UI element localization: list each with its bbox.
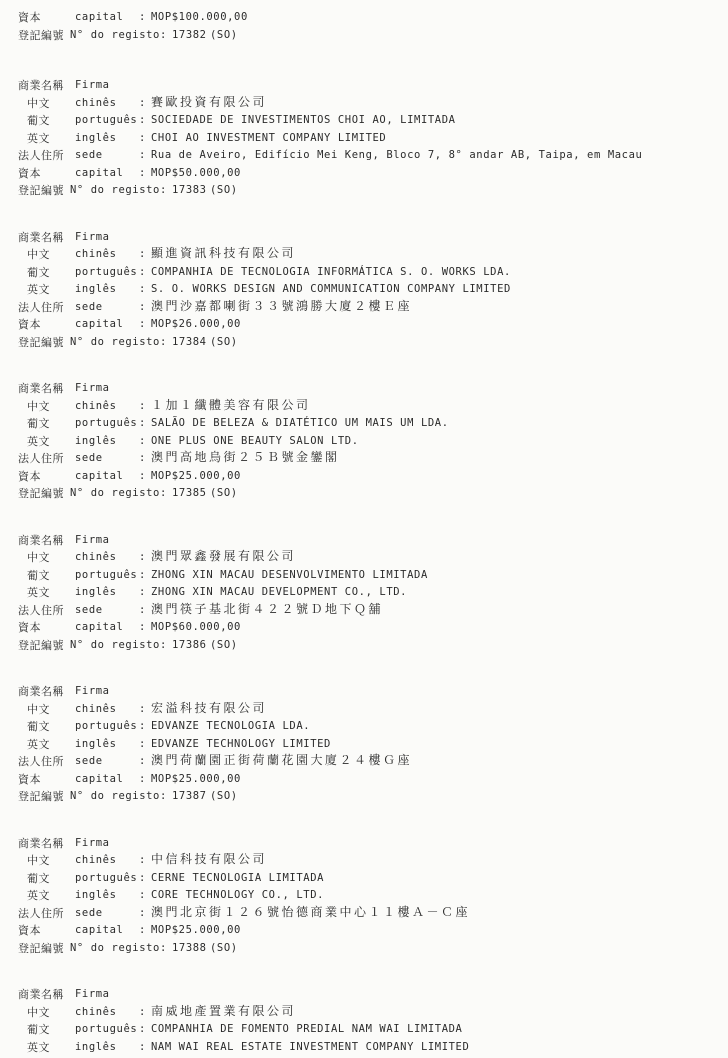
field-label-zh: 商業名稱: [18, 230, 64, 245]
colon-separator: :: [139, 737, 146, 752]
field-label-pt: Firma: [75, 533, 110, 548]
field-label-pt: N° do registo:: [70, 335, 167, 350]
field-label-pt: chinês: [75, 853, 117, 868]
row-firma: 商業名稱 Firma: [0, 835, 728, 853]
colon-separator: :: [139, 300, 146, 315]
field-label-zh: 法人住所: [18, 906, 64, 921]
row-capital: 資本 capital : MOP$60.000,00: [0, 619, 728, 637]
company-name-english: ONE PLUS ONE BEAUTY SALON LTD.: [151, 434, 359, 449]
field-label-pt: português: [75, 1022, 137, 1037]
field-label-pt: Firma: [75, 684, 110, 699]
registered-address: 澳門北京街１２６號怡德商業中心１１樓Ａ－Ｃ座: [151, 905, 470, 920]
field-label-zh: 葡文: [27, 568, 50, 583]
field-label-pt: inglês: [75, 131, 117, 146]
field-label-pt: sede: [75, 300, 103, 315]
field-label-zh: 英文: [27, 585, 50, 600]
field-label-pt: capital: [75, 923, 123, 938]
company-name-chinese: 中信科技有限公司: [151, 852, 267, 867]
field-label-pt: inglês: [75, 585, 117, 600]
row-registo: 登記編號 N° do registo: 17383 (SO): [0, 182, 728, 200]
field-label-zh: 法人住所: [18, 603, 64, 618]
field-label-pt: chinês: [75, 1005, 117, 1020]
field-label-zh: 商業名稱: [18, 836, 64, 851]
field-label-zh: 葡文: [27, 871, 50, 886]
registration-number: 17382: [172, 28, 207, 43]
row-portuguese: 葡文 português : CERNE TECNOLOGIA LIMITADA: [0, 870, 728, 888]
field-label-pt: português: [75, 568, 137, 583]
registered-address: 澳門荷蘭園正街荷蘭花園大廈２４樓Ｇ座: [151, 753, 412, 768]
registration-suffix: (SO): [210, 941, 238, 956]
field-label-zh: 英文: [27, 888, 50, 903]
colon-separator: :: [139, 113, 146, 128]
colon-separator: :: [139, 568, 146, 583]
row-chinese: 中文 chinês : 中信科技有限公司: [0, 852, 728, 870]
field-label-pt: sede: [75, 451, 103, 466]
field-label-pt: inglês: [75, 1040, 117, 1055]
row-firma: 商業名稱 Firma: [0, 229, 728, 247]
colon-separator: :: [139, 399, 146, 414]
colon-separator: :: [139, 853, 146, 868]
field-label-zh: 登記編號: [18, 335, 64, 350]
capital-amount: MOP$25.000,00: [151, 923, 241, 938]
company-name-portuguese: COMPANHIA DE TECNOLOGIA INFORMÁTICA S. O…: [151, 265, 511, 280]
colon-separator: :: [139, 1022, 146, 1037]
registered-address: 澳門沙嘉都喇街３３號鴻勝大廈２樓Ｅ座: [151, 299, 412, 314]
row-portuguese: 葡文 português : COMPANHIA DE TECNOLOGIA I…: [0, 264, 728, 282]
company-name-portuguese: EDVANZE TECNOLOGIA LDA.: [151, 719, 310, 734]
field-label-pt: chinês: [75, 550, 117, 565]
field-label-pt: Firma: [75, 987, 110, 1002]
company-name-chinese: 賽歐投資有限公司: [151, 95, 267, 110]
field-label-pt: N° do registo:: [70, 638, 167, 653]
field-label-pt: português: [75, 871, 137, 886]
field-label-zh: 英文: [27, 434, 50, 449]
company-name-portuguese: SALÃO DE BELEZA & DIATÉTICO UM MAIS UM L…: [151, 416, 449, 431]
colon-separator: :: [139, 148, 146, 163]
row-sede: 法人住所 sede : Rua de Aveiro, Edifício Mei …: [0, 147, 728, 165]
company-name-chinese: 澳門眾鑫發展有限公司: [151, 549, 296, 564]
company-entry: 商業名稱 Firma 中文 chinês : 南威地產置業有限公司 葡文 por…: [0, 986, 728, 1056]
registration-suffix: (SO): [210, 789, 238, 804]
field-label-zh: 中文: [27, 96, 50, 111]
field-label-zh: 英文: [27, 131, 50, 146]
field-label-zh: 商業名稱: [18, 78, 64, 93]
colon-separator: :: [139, 772, 146, 787]
capital-amount: MOP$60.000,00: [151, 620, 241, 635]
field-label-zh: 葡文: [27, 416, 50, 431]
field-label-pt: capital: [75, 772, 123, 787]
field-label-zh: 法人住所: [18, 451, 64, 466]
row-registo: 登記編號 N° do registo: 17382 (SO): [0, 27, 728, 45]
field-label-zh: 商業名稱: [18, 533, 64, 548]
field-label-zh: 英文: [27, 737, 50, 752]
field-label-zh: 法人住所: [18, 300, 64, 315]
colon-separator: :: [139, 620, 146, 635]
registration-number: 17387: [172, 789, 207, 804]
company-entry: 商業名稱 Firma 中文 chinês : 宏溢科技有限公司 葡文 portu…: [0, 683, 728, 806]
registration-number: 17388: [172, 941, 207, 956]
field-label-zh: 登記編號: [18, 789, 64, 804]
colon-separator: :: [139, 550, 146, 565]
field-label-zh: 葡文: [27, 719, 50, 734]
field-label-pt: capital: [75, 166, 123, 181]
row-firma: 商業名稱 Firma: [0, 683, 728, 701]
field-label-pt: Firma: [75, 230, 110, 245]
registration-number: 17385: [172, 486, 207, 501]
row-english: 英文 inglês : CORE TECHNOLOGY CO., LTD.: [0, 887, 728, 905]
company-entry: 商業名稱 Firma 中文 chinês : １加１纖體美容有限公司 葡文 po…: [0, 380, 728, 503]
row-capital: 資本 capital : MOP$25.000,00: [0, 468, 728, 486]
field-label-pt: inglês: [75, 888, 117, 903]
registration-number: 17386: [172, 638, 207, 653]
colon-separator: :: [139, 469, 146, 484]
field-label-zh: 登記編號: [18, 638, 64, 653]
row-firma: 商業名稱 Firma: [0, 986, 728, 1004]
field-label-pt: sede: [75, 906, 103, 921]
company-name-english: NAM WAI REAL ESTATE INVESTMENT COMPANY L…: [151, 1040, 469, 1055]
row-capital: 資本 capital : MOP$25.000,00: [0, 771, 728, 789]
company-name-chinese: 顯進資訊科技有限公司: [151, 246, 296, 261]
company-name-chinese: 宏溢科技有限公司: [151, 701, 267, 716]
registered-address: 澳門高地烏街２５Ｂ號金鑾閣: [151, 450, 340, 465]
row-english: 英文 inglês : ONE PLUS ONE BEAUTY SALON LT…: [0, 433, 728, 451]
row-firma: 商業名稱 Firma: [0, 380, 728, 398]
field-label-zh: 葡文: [27, 113, 50, 128]
colon-separator: :: [139, 416, 146, 431]
field-label-zh: 中文: [27, 1005, 50, 1020]
row-sede: 法人住所 sede : 澳門荷蘭園正街荷蘭花園大廈２４樓Ｇ座: [0, 753, 728, 771]
capital-amount: MOP$25.000,00: [151, 772, 241, 787]
colon-separator: :: [139, 10, 146, 25]
company-name-portuguese: COMPANHIA DE FOMENTO PREDIAL NAM WAI LIM…: [151, 1022, 462, 1037]
field-label-pt: N° do registo:: [70, 486, 167, 501]
colon-separator: :: [139, 585, 146, 600]
colon-separator: :: [139, 131, 146, 146]
field-label-zh: 法人住所: [18, 148, 64, 163]
colon-separator: :: [139, 451, 146, 466]
row-capital: 資本 capital : MOP$50.000,00: [0, 165, 728, 183]
colon-separator: :: [139, 888, 146, 903]
row-capital: 資本 capital : MOP$26.000,00: [0, 316, 728, 334]
field-label-pt: N° do registo:: [70, 183, 167, 198]
capital-amount: MOP$25.000,00: [151, 469, 241, 484]
field-label-pt: Firma: [75, 836, 110, 851]
row-chinese: 中文 chinês : １加１纖體美容有限公司: [0, 398, 728, 416]
field-label-zh: 登記編號: [18, 941, 64, 956]
registration-number: 17384: [172, 335, 207, 350]
field-label-pt: português: [75, 416, 137, 431]
field-label-pt: inglês: [75, 737, 117, 752]
field-label-zh: 商業名稱: [18, 987, 64, 1002]
company-name-portuguese: SOCIEDADE DE INVESTIMENTOS CHOI AO, LIMI…: [151, 113, 456, 128]
field-label-zh: 資本: [18, 469, 41, 484]
gazette-page: 資本 capital : MOP$100.000,00 登記編號 N° do r…: [0, 0, 728, 1058]
field-label-pt: N° do registo:: [70, 941, 167, 956]
field-label-pt: capital: [75, 620, 123, 635]
colon-separator: :: [139, 719, 146, 734]
field-label-pt: português: [75, 719, 137, 734]
row-english: 英文 inglês : EDVANZE TECHNOLOGY LIMITED: [0, 736, 728, 754]
field-label-pt: chinês: [75, 247, 117, 262]
field-label-pt: N° do registo:: [70, 28, 167, 43]
field-label-zh: 葡文: [27, 265, 50, 280]
field-label-pt: chinês: [75, 399, 117, 414]
field-label-zh: 資本: [18, 10, 41, 25]
row-registo: 登記編號 N° do registo: 17387 (SO): [0, 788, 728, 806]
field-label-zh: 葡文: [27, 1022, 50, 1037]
colon-separator: :: [139, 317, 146, 332]
field-label-zh: 中文: [27, 853, 50, 868]
field-label-zh: 登記編號: [18, 28, 64, 43]
row-portuguese: 葡文 português : ZHONG XIN MACAU DESENVOLV…: [0, 567, 728, 585]
colon-separator: :: [139, 1040, 146, 1055]
row-chinese: 中文 chinês : 宏溢科技有限公司: [0, 701, 728, 719]
field-label-zh: 商業名稱: [18, 381, 64, 396]
row-english: 英文 inglês : ZHONG XIN MACAU DEVELOPMENT …: [0, 584, 728, 602]
registration-number: 17383: [172, 183, 207, 198]
company-entry: 資本 capital : MOP$100.000,00 登記編號 N° do r…: [0, 9, 728, 44]
field-label-pt: português: [75, 113, 137, 128]
company-name-portuguese: CERNE TECNOLOGIA LIMITADA: [151, 871, 324, 886]
row-sede: 法人住所 sede : 澳門北京街１２６號怡德商業中心１１樓Ａ－Ｃ座: [0, 905, 728, 923]
field-label-zh: 登記編號: [18, 183, 64, 198]
registered-address: Rua de Aveiro, Edifício Mei Keng, Bloco …: [151, 148, 642, 163]
colon-separator: :: [139, 166, 146, 181]
field-label-zh: 資本: [18, 166, 41, 181]
company-name-chinese: 南威地產置業有限公司: [151, 1004, 296, 1019]
field-label-pt: capital: [75, 469, 123, 484]
company-name-english: ZHONG XIN MACAU DEVELOPMENT CO., LTD.: [151, 585, 407, 600]
field-label-pt: sede: [75, 603, 103, 618]
colon-separator: :: [139, 923, 146, 938]
colon-separator: :: [139, 754, 146, 769]
field-label-pt: Firma: [75, 381, 110, 396]
colon-separator: :: [139, 906, 146, 921]
field-label-zh: 資本: [18, 923, 41, 938]
field-label-pt: chinês: [75, 96, 117, 111]
row-sede: 法人住所 sede : 澳門高地烏街２５Ｂ號金鑾閣: [0, 450, 728, 468]
company-entry: 商業名稱 Firma 中文 chinês : 中信科技有限公司 葡文 portu…: [0, 835, 728, 958]
registration-suffix: (SO): [210, 183, 238, 198]
field-label-zh: 資本: [18, 620, 41, 635]
field-label-pt: Firma: [75, 78, 110, 93]
row-portuguese: 葡文 português : SALÃO DE BELEZA & DIATÉTI…: [0, 415, 728, 433]
row-firma: 商業名稱 Firma: [0, 77, 728, 95]
field-label-pt: sede: [75, 148, 103, 163]
company-entry: 商業名稱 Firma 中文 chinês : 賽歐投資有限公司 葡文 portu…: [0, 77, 728, 200]
field-label-pt: português: [75, 265, 137, 280]
row-portuguese: 葡文 português : COMPANHIA DE FOMENTO PRED…: [0, 1021, 728, 1039]
registration-suffix: (SO): [210, 486, 238, 501]
field-label-pt: capital: [75, 10, 123, 25]
row-registo: 登記編號 N° do registo: 17388 (SO): [0, 940, 728, 958]
field-label-pt: N° do registo:: [70, 789, 167, 804]
company-name-chinese: １加１纖體美容有限公司: [151, 398, 311, 413]
colon-separator: :: [139, 96, 146, 111]
registration-suffix: (SO): [210, 28, 238, 43]
row-chinese: 中文 chinês : 顯進資訊科技有限公司: [0, 246, 728, 264]
colon-separator: :: [139, 247, 146, 262]
field-label-zh: 法人住所: [18, 754, 64, 769]
row-english: 英文 inglês : CHOI AO INVESTMENT COMPANY L…: [0, 130, 728, 148]
field-label-pt: sede: [75, 754, 103, 769]
field-label-zh: 英文: [27, 1040, 50, 1055]
row-chinese: 中文 chinês : 賽歐投資有限公司: [0, 95, 728, 113]
capital-amount: MOP$26.000,00: [151, 317, 241, 332]
row-firma: 商業名稱 Firma: [0, 532, 728, 550]
row-sede: 法人住所 sede : 澳門筷子基北街４２２號Ｄ地下Ｑ舖: [0, 602, 728, 620]
field-label-pt: inglês: [75, 282, 117, 297]
row-english: 英文 inglês : NAM WAI REAL ESTATE INVESTME…: [0, 1039, 728, 1057]
company-entry: 商業名稱 Firma 中文 chinês : 澳門眾鑫發展有限公司 葡文 por…: [0, 532, 728, 655]
company-name-english: CHOI AO INVESTMENT COMPANY LIMITED: [151, 131, 386, 146]
colon-separator: :: [139, 702, 146, 717]
field-label-zh: 英文: [27, 282, 50, 297]
registered-address: 澳門筷子基北街４２２號Ｄ地下Ｑ舖: [151, 602, 383, 617]
row-portuguese: 葡文 português : EDVANZE TECNOLOGIA LDA.: [0, 718, 728, 736]
row-capital: 資本 capital : MOP$100.000,00: [0, 9, 728, 27]
row-sede: 法人住所 sede : 澳門沙嘉都喇街３３號鴻勝大廈２樓Ｅ座: [0, 299, 728, 317]
colon-separator: :: [139, 603, 146, 618]
field-label-pt: chinês: [75, 702, 117, 717]
registration-suffix: (SO): [210, 335, 238, 350]
colon-separator: :: [139, 871, 146, 886]
company-entry: 商業名稱 Firma 中文 chinês : 顯進資訊科技有限公司 葡文 por…: [0, 229, 728, 352]
row-capital: 資本 capital : MOP$25.000,00: [0, 922, 728, 940]
company-name-english: CORE TECHNOLOGY CO., LTD.: [151, 888, 324, 903]
capital-amount: MOP$50.000,00: [151, 166, 241, 181]
row-registo: 登記編號 N° do registo: 17384 (SO): [0, 334, 728, 352]
row-registo: 登記編號 N° do registo: 17385 (SO): [0, 485, 728, 503]
row-english: 英文 inglês : S. O. WORKS DESIGN AND COMMU…: [0, 281, 728, 299]
capital-amount: MOP$100.000,00: [151, 10, 248, 25]
field-label-zh: 中文: [27, 702, 50, 717]
row-chinese: 中文 chinês : 澳門眾鑫發展有限公司: [0, 549, 728, 567]
field-label-zh: 商業名稱: [18, 684, 64, 699]
field-label-zh: 中文: [27, 399, 50, 414]
field-label-pt: capital: [75, 317, 123, 332]
company-name-english: EDVANZE TECHNOLOGY LIMITED: [151, 737, 331, 752]
field-label-pt: inglês: [75, 434, 117, 449]
field-label-zh: 中文: [27, 550, 50, 565]
colon-separator: :: [139, 282, 146, 297]
registration-suffix: (SO): [210, 638, 238, 653]
field-label-zh: 資本: [18, 772, 41, 787]
colon-separator: :: [139, 265, 146, 280]
row-portuguese: 葡文 português : SOCIEDADE DE INVESTIMENTO…: [0, 112, 728, 130]
company-name-english: S. O. WORKS DESIGN AND COMMUNICATION COM…: [151, 282, 511, 297]
company-name-portuguese: ZHONG XIN MACAU DESENVOLVIMENTO LIMITADA: [151, 568, 428, 583]
row-registo: 登記編號 N° do registo: 17386 (SO): [0, 637, 728, 655]
row-chinese: 中文 chinês : 南威地產置業有限公司: [0, 1004, 728, 1022]
field-label-zh: 中文: [27, 247, 50, 262]
colon-separator: :: [139, 434, 146, 449]
field-label-zh: 登記編號: [18, 486, 64, 501]
field-label-zh: 資本: [18, 317, 41, 332]
colon-separator: :: [139, 1005, 146, 1020]
